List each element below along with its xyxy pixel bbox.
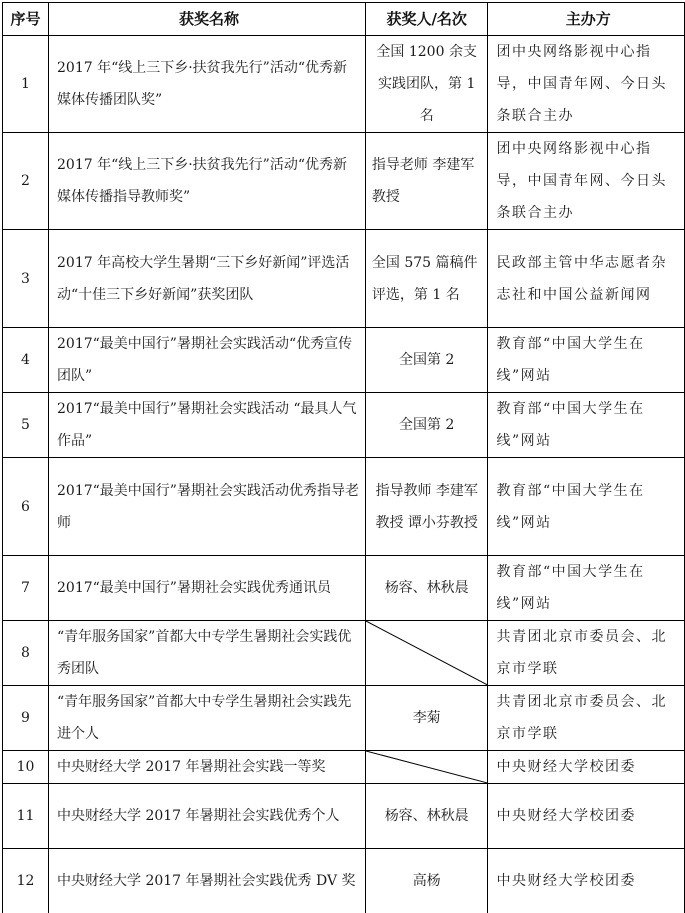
- organizer: 共青团北京市委员会、北京市学联: [488, 621, 685, 686]
- organizer: 教育部“中国大学生在线”网站: [488, 458, 685, 556]
- row-index: 2: [3, 133, 49, 230]
- row-index: 7: [3, 556, 49, 621]
- winner-rank: 指导教师 李建军教授 谭小芬教授: [365, 458, 488, 556]
- award-name: 2017“最美中国行”暑期社会实践活动“优秀宣传团队”: [49, 328, 366, 393]
- award-name: “青年服务国家”首都大中专学生暑期社会实践优秀团队: [49, 621, 366, 686]
- award-name: 2017“最美中国行”暑期社会实践优秀通讯员: [49, 556, 366, 621]
- organizer: 教育部“中国大学生在线”网站: [488, 556, 685, 621]
- table-row: 8 “青年服务国家”首都大中专学生暑期社会实践优秀团队 共青团北京市委员会、北京…: [3, 621, 685, 686]
- winner-rank: 全国第 2: [365, 328, 488, 393]
- award-name: “青年服务国家”首都大中专学生暑期社会实践先进个人: [49, 686, 366, 751]
- row-index: 10: [3, 751, 49, 784]
- organizer: 团中央网络影视中心指导，中国青年网、今日头条联合主办: [488, 36, 685, 133]
- row-index: 3: [3, 230, 49, 328]
- row-index: 1: [3, 36, 49, 133]
- winner-rank: 杨容、林秋晨: [365, 556, 488, 621]
- header-award-name: 获奖名称: [49, 3, 366, 36]
- row-index: 6: [3, 458, 49, 556]
- winner-rank: 全国 575 篇稿件评选，第 1 名: [365, 230, 488, 328]
- table-row: 6 2017“最美中国行”暑期社会实践活动优秀指导老师 指导教师 李建军教授 谭…: [3, 458, 685, 556]
- organizer: 中央财经大学校团委: [488, 784, 685, 849]
- header-row: 序号 获奖名称 获奖人/名次 主办方: [3, 3, 685, 36]
- row-index: 5: [3, 393, 49, 458]
- row-index: 4: [3, 328, 49, 393]
- winner-rank: 杨容、林秋晨: [365, 784, 488, 849]
- winner-rank: 高杨: [365, 849, 488, 913]
- winner-rank: 全国第 2: [365, 393, 488, 458]
- winner-rank-empty: [365, 621, 488, 686]
- table-row: 10 中央财经大学 2017 年暑期社会实践一等奖 中央财经大学校团委: [3, 751, 685, 784]
- winner-rank: 全国 1200 余支实践团队，第 1 名: [365, 36, 488, 133]
- organizer: 民政部主管中华志愿者杂志社和中国公益新闻网: [488, 230, 685, 328]
- organizer: 教育部“中国大学生在线”网站: [488, 328, 685, 393]
- table-row: 5 2017“最美中国行”暑期社会实践活动 “最具人气作品” 全国第 2 教育部…: [3, 393, 685, 458]
- organizer: 教育部“中国大学生在线”网站: [488, 393, 685, 458]
- header-index: 序号: [3, 3, 49, 36]
- diagonal-slash-icon: [366, 621, 488, 685]
- award-name: 2017“最美中国行”暑期社会实践活动优秀指导老师: [49, 458, 366, 556]
- winner-rank: 李菊: [365, 686, 488, 751]
- awards-table: 序号 获奖名称 获奖人/名次 主办方 1 2017 年“线上三下乡·扶贫我先行”…: [2, 2, 685, 913]
- award-name: 中央财经大学 2017 年暑期社会实践优秀 DV 奖: [49, 849, 366, 913]
- diagonal-slash-icon: [366, 751, 488, 783]
- award-name: 2017 年高校大学生暑期“三下乡好新闻”评选活动“十佳三下乡好新闻”获奖团队: [49, 230, 366, 328]
- row-index: 8: [3, 621, 49, 686]
- award-name: 2017“最美中国行”暑期社会实践活动 “最具人气作品”: [49, 393, 366, 458]
- header-organizer: 主办方: [488, 3, 685, 36]
- table-row: 4 2017“最美中国行”暑期社会实践活动“优秀宣传团队” 全国第 2 教育部“…: [3, 328, 685, 393]
- award-name: 中央财经大学 2017 年暑期社会实践一等奖: [49, 751, 366, 784]
- award-name: 2017 年“线上三下乡·扶贫我先行”活动“优秀新媒体传播指导教师奖”: [49, 133, 366, 230]
- winner-rank: 指导老师 李建军教授: [365, 133, 488, 230]
- organizer: 中央财经大学校团委: [488, 849, 685, 913]
- row-index: 9: [3, 686, 49, 751]
- table-row: 3 2017 年高校大学生暑期“三下乡好新闻”评选活动“十佳三下乡好新闻”获奖团…: [3, 230, 685, 328]
- winner-rank-empty: [365, 751, 488, 784]
- table-row: 7 2017“最美中国行”暑期社会实践优秀通讯员 杨容、林秋晨 教育部“中国大学…: [3, 556, 685, 621]
- table-row: 1 2017 年“线上三下乡·扶贫我先行”活动“优秀新媒体传播团队奖” 全国 1…: [3, 36, 685, 133]
- table-row: 12 中央财经大学 2017 年暑期社会实践优秀 DV 奖 高杨 中央财经大学校…: [3, 849, 685, 913]
- award-name: 2017 年“线上三下乡·扶贫我先行”活动“优秀新媒体传播团队奖”: [49, 36, 366, 133]
- table-row: 2 2017 年“线上三下乡·扶贫我先行”活动“优秀新媒体传播指导教师奖” 指导…: [3, 133, 685, 230]
- organizer: 团中央网络影视中心指导，中国青年网、今日头条联合主办: [488, 133, 685, 230]
- organizer: 共青团北京市委员会、北京市学联: [488, 686, 685, 751]
- table-row: 11 中央财经大学 2017 年暑期社会实践优秀个人 杨容、林秋晨 中央财经大学…: [3, 784, 685, 849]
- header-winner-rank: 获奖人/名次: [365, 3, 488, 36]
- row-index: 11: [3, 784, 49, 849]
- table-row: 9 “青年服务国家”首都大中专学生暑期社会实践先进个人 李菊 共青团北京市委员会…: [3, 686, 685, 751]
- award-name: 中央财经大学 2017 年暑期社会实践优秀个人: [49, 784, 366, 849]
- organizer: 中央财经大学校团委: [488, 751, 685, 784]
- row-index: 12: [3, 849, 49, 913]
